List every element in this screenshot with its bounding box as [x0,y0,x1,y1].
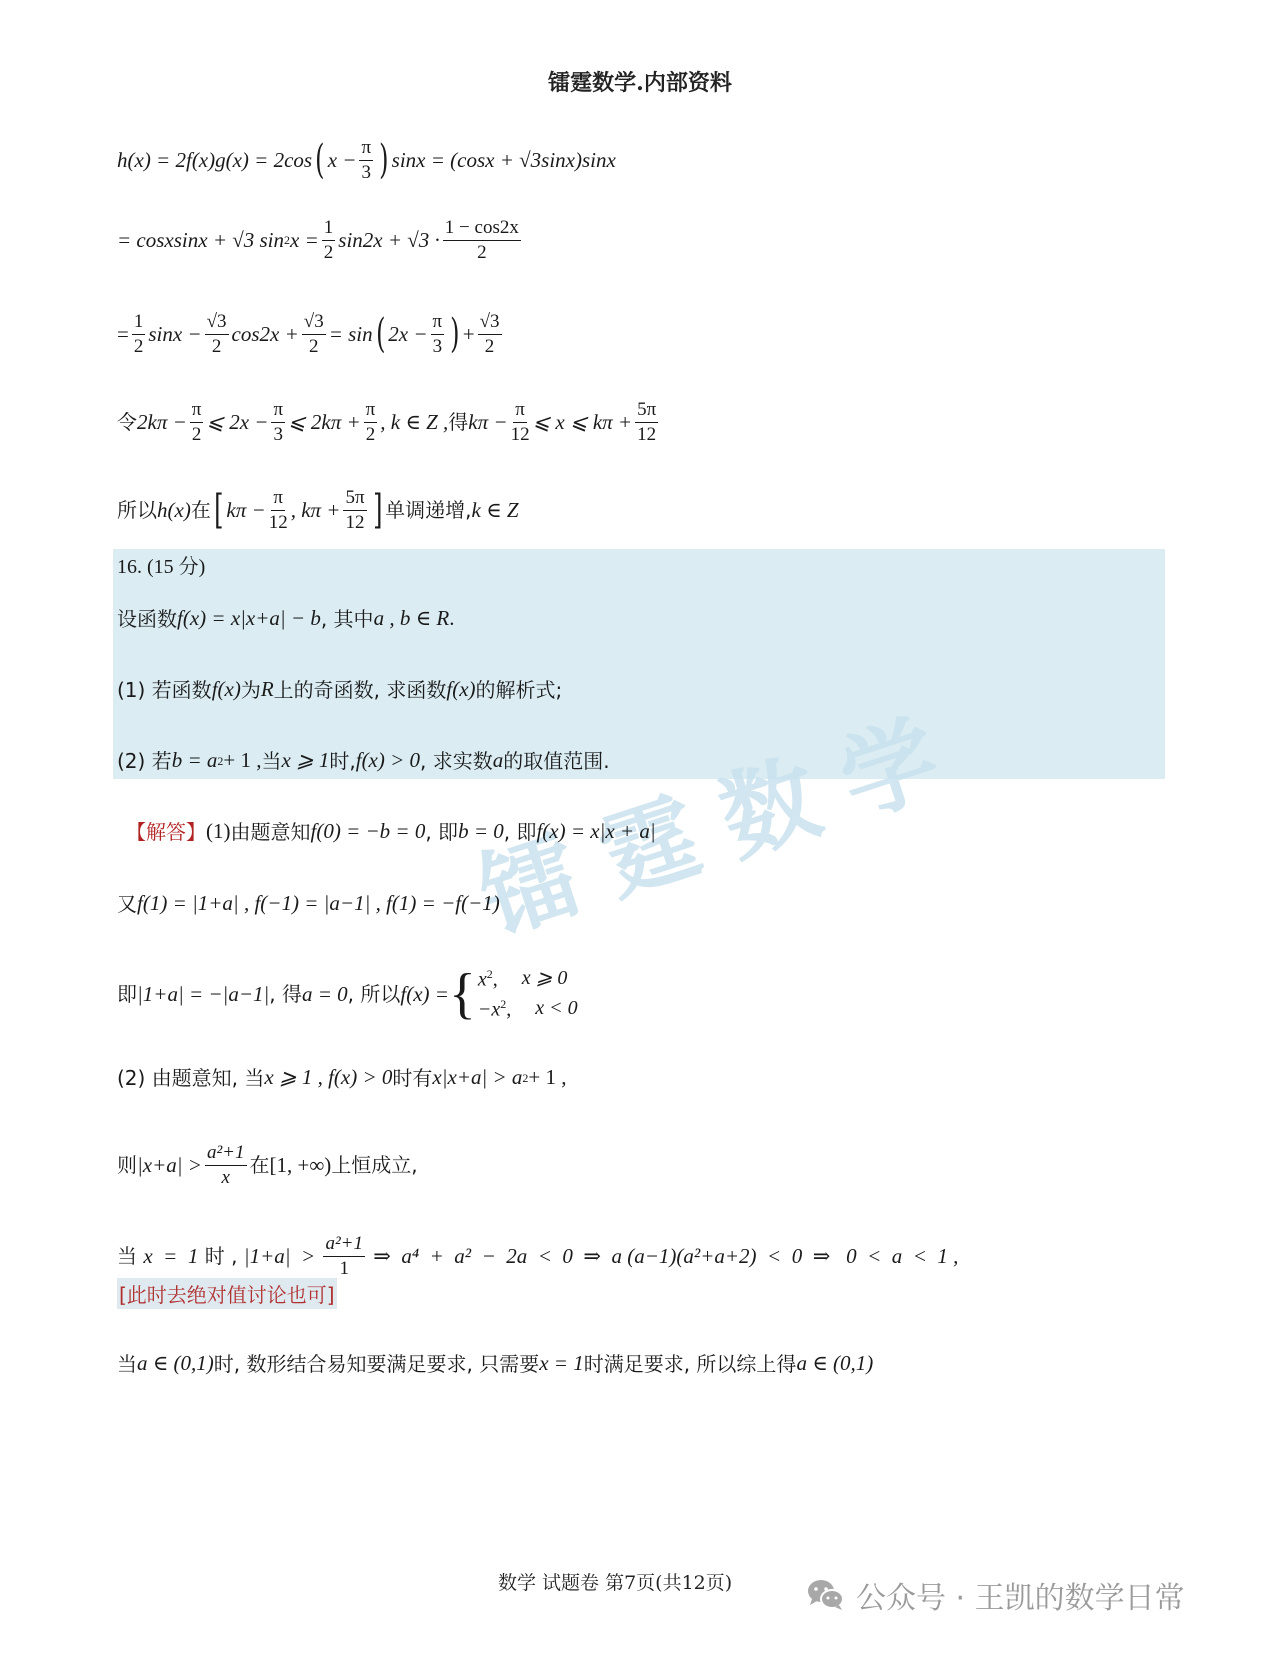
question-part-2: (2) 若 b = a 2 + 1 , 当 x ⩾ 1 时, f(x) > 0 … [117,750,610,771]
math-text: f(x) [212,679,241,700]
math-text: h(x) [157,500,191,521]
math-text: f(x) = x|x+a| − b [177,608,321,629]
math-text: x ⩾ 1 , f(x) > 0 [264,1067,392,1088]
text: 当 [261,751,281,771]
answer-line-1: 【解答】 (1) 由题意知 f(0) = −b = 0 , 即 b = 0 , … [126,821,656,842]
text: 单调递增, [385,500,471,520]
math-text: + 1 , [528,1067,566,1088]
math-text: k ∈ Z [472,500,519,521]
paren-open: ( [315,144,324,176]
text: , 所以 [348,984,401,1004]
bracket-close: ] [373,494,382,526]
math-text: [1, +∞) [270,1155,332,1176]
fraction: π12 [511,400,530,445]
question-number: 16. (15 分) [117,557,205,577]
wechat-icon [806,1577,846,1613]
math-text: ⩽ x ⩽ kπ + [533,412,633,433]
fraction: 1 − cos2x2 [443,218,521,263]
solution-line-2: = cosxsinx + √3 sin 2 x = 12 sin2x + √3 … [117,218,524,263]
text: , 其中 [321,609,374,629]
math-text: sin2x + √3 · [338,230,440,251]
math-text: f(x) > 0 [356,750,420,771]
text: , 得 [269,984,302,1004]
math-text: a , b ∈ R [374,608,450,629]
wechat-account-label: 公众号 · 王凯的数学日常 [806,1573,1185,1617]
text: 所以 [117,500,157,520]
solution-line-5: 所以 h(x) 在 [ kπ − π12 , kπ + 5π12 ] 单调递增,… [117,488,519,533]
text: 在 [250,1155,270,1175]
page-header-title: 镭霆数学.内部资料 [0,66,1280,97]
fraction: a²+1x [205,1143,247,1188]
answer-line-7: 当 a ∈ (0,1) 时, 数形结合易知要满足要求, 只需要 x = 1 时满… [117,1353,873,1374]
answer-note: [此时去绝对值讨论也可] [117,1278,337,1309]
text: 又 [117,894,137,914]
bracket-open: [ [214,494,223,526]
fraction: 5π12 [635,400,658,445]
solution-line-3: = 12 sinx − √32 cos2x + √32 = sin ( 2x −… [117,312,505,357]
text: 时满足要求, 所以综上得 [584,1354,797,1374]
math-text: |x+a| > [137,1155,202,1176]
text: , 即 [504,822,537,842]
fraction: √32 [478,312,502,357]
paren-close: ) [450,318,459,350]
text: , 求实数 [420,751,493,771]
text: 由题意知 [231,822,311,842]
answer-line-4: (2) 由题意知, 当 x ⩾ 1 , f(x) > 0 时有 x|x+a| >… [117,1067,567,1088]
text: 当 [117,1354,137,1374]
answer-label: 【解答】 [126,822,206,842]
brace: { [449,966,476,1022]
fraction: a²+11 [323,1234,365,1279]
math-text: |1+a| > [244,1246,321,1267]
answer-line-3: 即 |1+a| = −|a−1| , 得 a = 0 , 所以 f(x) = {… [117,966,578,1022]
math-text: a = 0 [302,984,348,1005]
math-text: ⇒ a⁴ + a² − 2a < 0 ⇒ a (a−1)(a²+a+2) < 0… [368,1246,958,1267]
text: 上的奇函数, 求函数 [274,680,447,700]
fraction: π3 [431,312,445,357]
math-text: (1) [206,821,231,842]
text: 的取值范围. [503,751,609,771]
solution-line-4: 令 2kπ − π2 ⩽ 2x − π3 ⩽ 2kπ + π2 , k ∈ Z … [117,400,661,445]
text: 当 [117,1246,143,1266]
math-text: = cosxsinx + √3 sin [117,230,284,251]
math-text: cos2x + [232,324,299,345]
math-text: f(x) [446,679,475,700]
text: 上恒成立, [331,1155,417,1175]
text: 时 , [198,1246,243,1266]
fraction: √32 [302,312,326,357]
paren-open: ( [376,318,385,350]
piecewise-function: { x2, x ⩾ 0 −x2, x < 0 [449,966,578,1022]
fraction: π3 [359,138,373,183]
text: 即 [117,984,137,1004]
math-text: a ∈ (0,1) [796,1353,873,1374]
math-text: sinx − [148,324,201,345]
fraction: π3 [271,400,285,445]
paren-close: ) [379,144,388,176]
fraction: 12 [322,218,336,263]
math-text: x = 1 [539,1353,584,1374]
fraction: π2 [190,400,204,445]
answer-line-5: 则 |x+a| > a²+1x 在 [1, +∞) 上恒成立, [117,1143,418,1188]
math-text: h(x) = 2f(x)g(x) = 2cos [117,150,312,171]
math-text: kπ − [468,412,507,433]
math-text: x = [290,230,319,251]
math-text: b = 0 [458,821,504,842]
math-text: b = a [172,750,218,771]
question-part-1: (1) 若函数 f(x) 为 R 上的奇函数, 求函数 f(x) 的解析式; [117,679,562,700]
text: 则 [117,1155,137,1175]
math-text: f(0) = −b = 0 [311,821,426,842]
text: 的解析式; [476,680,563,700]
case-row-2: −x2, x < 0 [478,998,578,1020]
text: 得 [448,412,468,432]
text: , 即 [425,822,458,842]
math-text: sinx = (cosx + √3sinx)sinx [392,150,616,171]
math-text: |1+a| = −|a−1| [137,984,269,1005]
fraction: 12 [132,312,146,357]
math-text: x|x+a| > a [432,1067,522,1088]
page-footer: 数学 试题卷 第7页(共12页) [498,1568,732,1595]
math-text: , k ∈ Z , [380,412,448,433]
answer-line-2: 又 f(1) = |1+a| , f(−1) = |a−1| , f(1) = … [117,893,500,914]
math-text: f(1) = |1+a| , f(−1) = |a−1| , f(1) = −f… [137,893,500,914]
text: (2) 由题意知, 当 [117,1068,264,1088]
math-text: x ⩾ 1 [281,750,329,771]
math-text: f(x) = [400,984,449,1005]
text: 时有 [392,1068,432,1088]
fraction: √32 [205,312,229,357]
math-text: x − [328,150,357,171]
fraction: π2 [364,400,378,445]
math-text: 2x − [388,324,427,345]
math-text: x = 1 [143,1246,198,1267]
text: (2) 若 [117,751,172,771]
math-text: a ∈ (0,1) [137,1353,214,1374]
question-stem: 设函数 f(x) = x|x+a| − b , 其中 a , b ∈ R . [117,608,454,629]
answer-line-6: 当 x = 1 时 , |1+a| > a²+11 ⇒ a⁴ + a² − 2a… [117,1234,958,1279]
text: . [449,608,454,629]
math-text: + [463,324,475,345]
math-text: ⩽ 2x − [206,412,268,433]
text: 令 [117,412,137,432]
text: (1) 若函数 [117,680,212,700]
solution-line-1: h(x) = 2f(x)g(x) = 2cos ( x − π3 ) sinx … [117,138,616,183]
text: 时, 数形结合易知要满足要求, 只需要 [214,1354,539,1374]
math-text: kπ − [226,500,265,521]
question-box [113,549,1165,779]
text: 在 [191,500,211,520]
math-text: = sin [329,324,373,345]
text: 时, [329,751,355,771]
question-number-text: 16. (15 分) [117,557,205,577]
text: 为 [241,680,261,700]
text: 设函数 [117,609,177,629]
math-text: = [117,324,129,345]
fraction: π12 [269,488,288,533]
math-text: f(x) = x|x + a| [536,821,655,842]
math-text: a [493,750,504,771]
math-text: 2kπ − [137,412,187,433]
case-row-1: x2, x ⩾ 0 [478,968,578,990]
math-text: , kπ + [291,500,341,521]
fraction: 5π12 [343,488,366,533]
math-text: + 1 , [223,750,261,771]
math-text: R [261,679,274,700]
wechat-account-text: 公众号 · 王凯的数学日常 [856,1573,1185,1617]
math-text: ⩽ 2kπ + [288,412,361,433]
